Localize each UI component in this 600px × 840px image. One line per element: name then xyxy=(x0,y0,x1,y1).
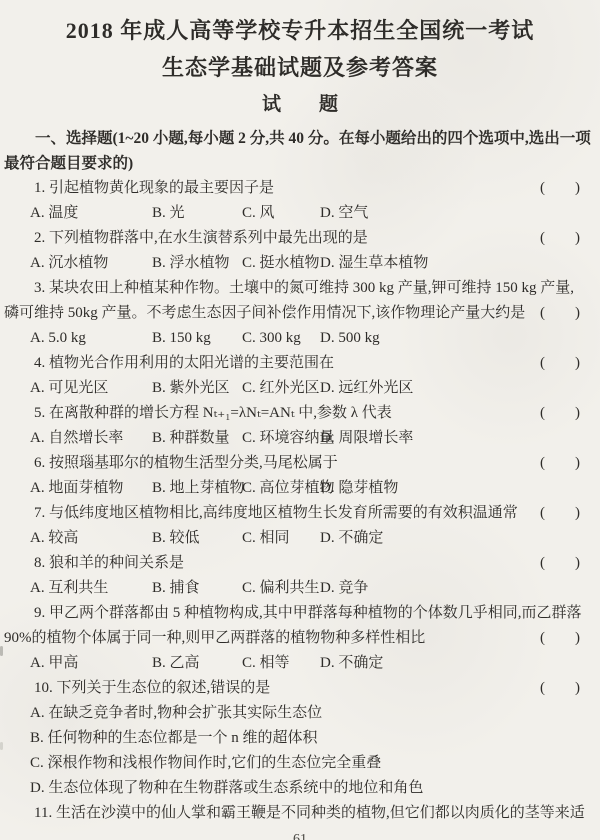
option-b: B. 浮水植物 xyxy=(152,251,242,276)
question-10-option-d: D. 生态位体现了物种在生物群落或生态系统中的地位和角色 xyxy=(4,776,580,801)
page-number: 61 xyxy=(293,832,307,840)
question-6-options: A. 地面芽植物 B. 地上芽植物 C. 高位芽植物 D. 隐芽植物 xyxy=(4,476,580,501)
question-6-stem: 6. 按照瑙基耶尔的植物生活型分类,马尾松属于 ( ) xyxy=(4,451,580,476)
option-a: A. 自然增长率 xyxy=(30,426,152,451)
question-5-stem: 5. 在离散种群的增长方程 Nₜ₊₁=λNₜ=ANₜ 中,参数 λ 代表 ( ) xyxy=(4,401,580,426)
question-1-stem: 1. 引起植物黄化现象的最主要因子是 ( ) xyxy=(4,176,580,201)
option-b: B. 捕食 xyxy=(152,576,242,601)
header: 2018 年成人高等学校专升本招生全国统一考试 生态学基础试题及参考答案 试 题 xyxy=(0,0,600,117)
option-a: A. 较高 xyxy=(30,526,152,551)
option-d: D. 不确定 xyxy=(320,651,580,676)
option-d: D. 湿生草本植物 xyxy=(320,251,580,276)
question-11-stem: 11. 生活在沙漠中的仙人掌和霸王鞭是不同种类的植物,但它们都以肉质化的茎等来适 xyxy=(4,801,580,826)
answer-bracket: ( ) xyxy=(540,176,580,201)
answer-bracket: ( ) xyxy=(540,501,580,526)
instructions-line2: 最符合题目要求的) xyxy=(4,151,580,176)
option-a: A. 互利共生 xyxy=(30,576,152,601)
question-content: 一、选择题(1~20 小题,每小题 2 分,共 40 分。在每小题给出的四个选项… xyxy=(0,126,600,826)
option-b: B. 乙高 xyxy=(152,651,242,676)
option-a: A. 地面芽植物 xyxy=(30,476,152,501)
question-3-stem-line1: 3. 某块农田上种植某种作物。土壤中的氮可维持 300 kg 产量,钾可维持 1… xyxy=(4,276,580,301)
question-9-options: A. 甲高 B. 乙高 C. 相等 D. 不确定 xyxy=(4,651,580,676)
question-8-options: A. 互利共生 B. 捕食 C. 偏利共生 D. 竞争 xyxy=(4,576,580,601)
question-7-stem: 7. 与低纬度地区植物相比,高纬度地区植物生长发育所需要的有效积温通常 ( ) xyxy=(4,501,580,526)
option-b: B. 150 kg xyxy=(152,326,242,351)
answer-bracket: ( ) xyxy=(540,551,580,576)
answer-bracket: ( ) xyxy=(540,451,580,476)
exam-title-line1: 2018 年成人高等学校专升本招生全国统一考试 xyxy=(0,0,600,45)
option-b: B. 地上芽植物 xyxy=(152,476,242,501)
question-2-options: A. 沉水植物 B. 浮水植物 C. 挺水植物 D. 湿生草本植物 xyxy=(4,251,580,276)
option-a: A. 沉水植物 xyxy=(30,251,152,276)
option-c: C. 红外光区 xyxy=(242,376,320,401)
option-a: A. 可见光区 xyxy=(30,376,152,401)
section-title: 试 题 xyxy=(0,93,600,117)
option-c: C. 300 kg xyxy=(242,326,320,351)
question-8-stem: 8. 狼和羊的种间关系是 ( ) xyxy=(4,551,580,576)
option-d: D. 空气 xyxy=(320,201,580,226)
option-b: B. 种群数量 xyxy=(152,426,242,451)
option-d: D. 竞争 xyxy=(320,576,580,601)
option-c: C. 环境容纳量 xyxy=(242,426,320,451)
scan-artifact xyxy=(0,646,3,656)
option-b: B. 紫外光区 xyxy=(152,376,242,401)
answer-bracket: ( ) xyxy=(540,226,580,251)
option-c: C. 挺水植物 xyxy=(242,251,320,276)
question-10-stem: 10. 下列关于生态位的叙述,错误的是 ( ) xyxy=(4,676,580,701)
option-c: C. 相等 xyxy=(242,651,320,676)
question-7-options: A. 较高 B. 较低 C. 相同 D. 不确定 xyxy=(4,526,580,551)
question-9-stem-line1: 9. 甲乙两个群落都由 5 种植物构成,其中甲群落每种植物的个体数几乎相同,而乙… xyxy=(4,601,580,626)
option-d: D. 隐芽植物 xyxy=(320,476,580,501)
option-d: D. 不确定 xyxy=(320,526,580,551)
question-5-options: A. 自然增长率 B. 种群数量 C. 环境容纳量 D. 周限增长率 xyxy=(4,426,580,451)
option-a: A. 温度 xyxy=(30,201,152,226)
option-a: A. 5.0 kg xyxy=(30,326,152,351)
question-10-option-a: A. 在缺乏竞争者时,物种会扩张其实际生态位 xyxy=(4,701,580,726)
question-9-stem-line2: 90%的植物个体属于同一种,则甲乙两群落的植物物种多样性相比 ( ) xyxy=(4,626,580,651)
option-c: C. 高位芽植物 xyxy=(242,476,320,501)
question-3-options: A. 5.0 kg B. 150 kg C. 300 kg D. 500 kg xyxy=(4,326,580,351)
question-10-option-b: B. 任何物种的生态位都是一个 n 维的超体积 xyxy=(4,726,580,751)
option-a: A. 甲高 xyxy=(30,651,152,676)
answer-bracket: ( ) xyxy=(540,301,580,326)
question-3-stem-line2: 磷可维持 50kg 产量。不考虑生态因子间补偿作用情况下,该作物理论产量大约是 … xyxy=(4,301,580,326)
question-1-options: A. 温度 B. 光 C. 风 D. 空气 xyxy=(4,201,580,226)
option-c: C. 相同 xyxy=(242,526,320,551)
exam-title-line2: 生态学基础试题及参考答案 xyxy=(0,54,600,82)
answer-bracket: ( ) xyxy=(540,351,580,376)
answer-bracket: ( ) xyxy=(540,626,580,651)
option-c: C. 偏利共生 xyxy=(242,576,320,601)
scan-artifact xyxy=(0,742,3,750)
option-d: D. 远红外光区 xyxy=(320,376,580,401)
option-d: D. 500 kg xyxy=(320,326,580,351)
option-b: B. 较低 xyxy=(152,526,242,551)
answer-bracket: ( ) xyxy=(540,676,580,701)
exam-paper-page: 2018 年成人高等学校专升本招生全国统一考试 生态学基础试题及参考答案 试 题… xyxy=(0,0,600,840)
question-4-stem: 4. 植物光合作用利用的太阳光谱的主要范围在 ( ) xyxy=(4,351,580,376)
answer-bracket: ( ) xyxy=(540,401,580,426)
option-b: B. 光 xyxy=(152,201,242,226)
option-c: C. 风 xyxy=(242,201,320,226)
option-d: D. 周限增长率 xyxy=(320,426,580,451)
instructions-line1: 一、选择题(1~20 小题,每小题 2 分,共 40 分。在每小题给出的四个选项… xyxy=(4,126,580,151)
question-10-option-c: C. 深根作物和浅根作物间作时,它们的生态位完全重叠 xyxy=(4,751,580,776)
question-2-stem: 2. 下列植物群落中,在水生演替系列中最先出现的是 ( ) xyxy=(4,226,580,251)
question-4-options: A. 可见光区 B. 紫外光区 C. 红外光区 D. 远红外光区 xyxy=(4,376,580,401)
